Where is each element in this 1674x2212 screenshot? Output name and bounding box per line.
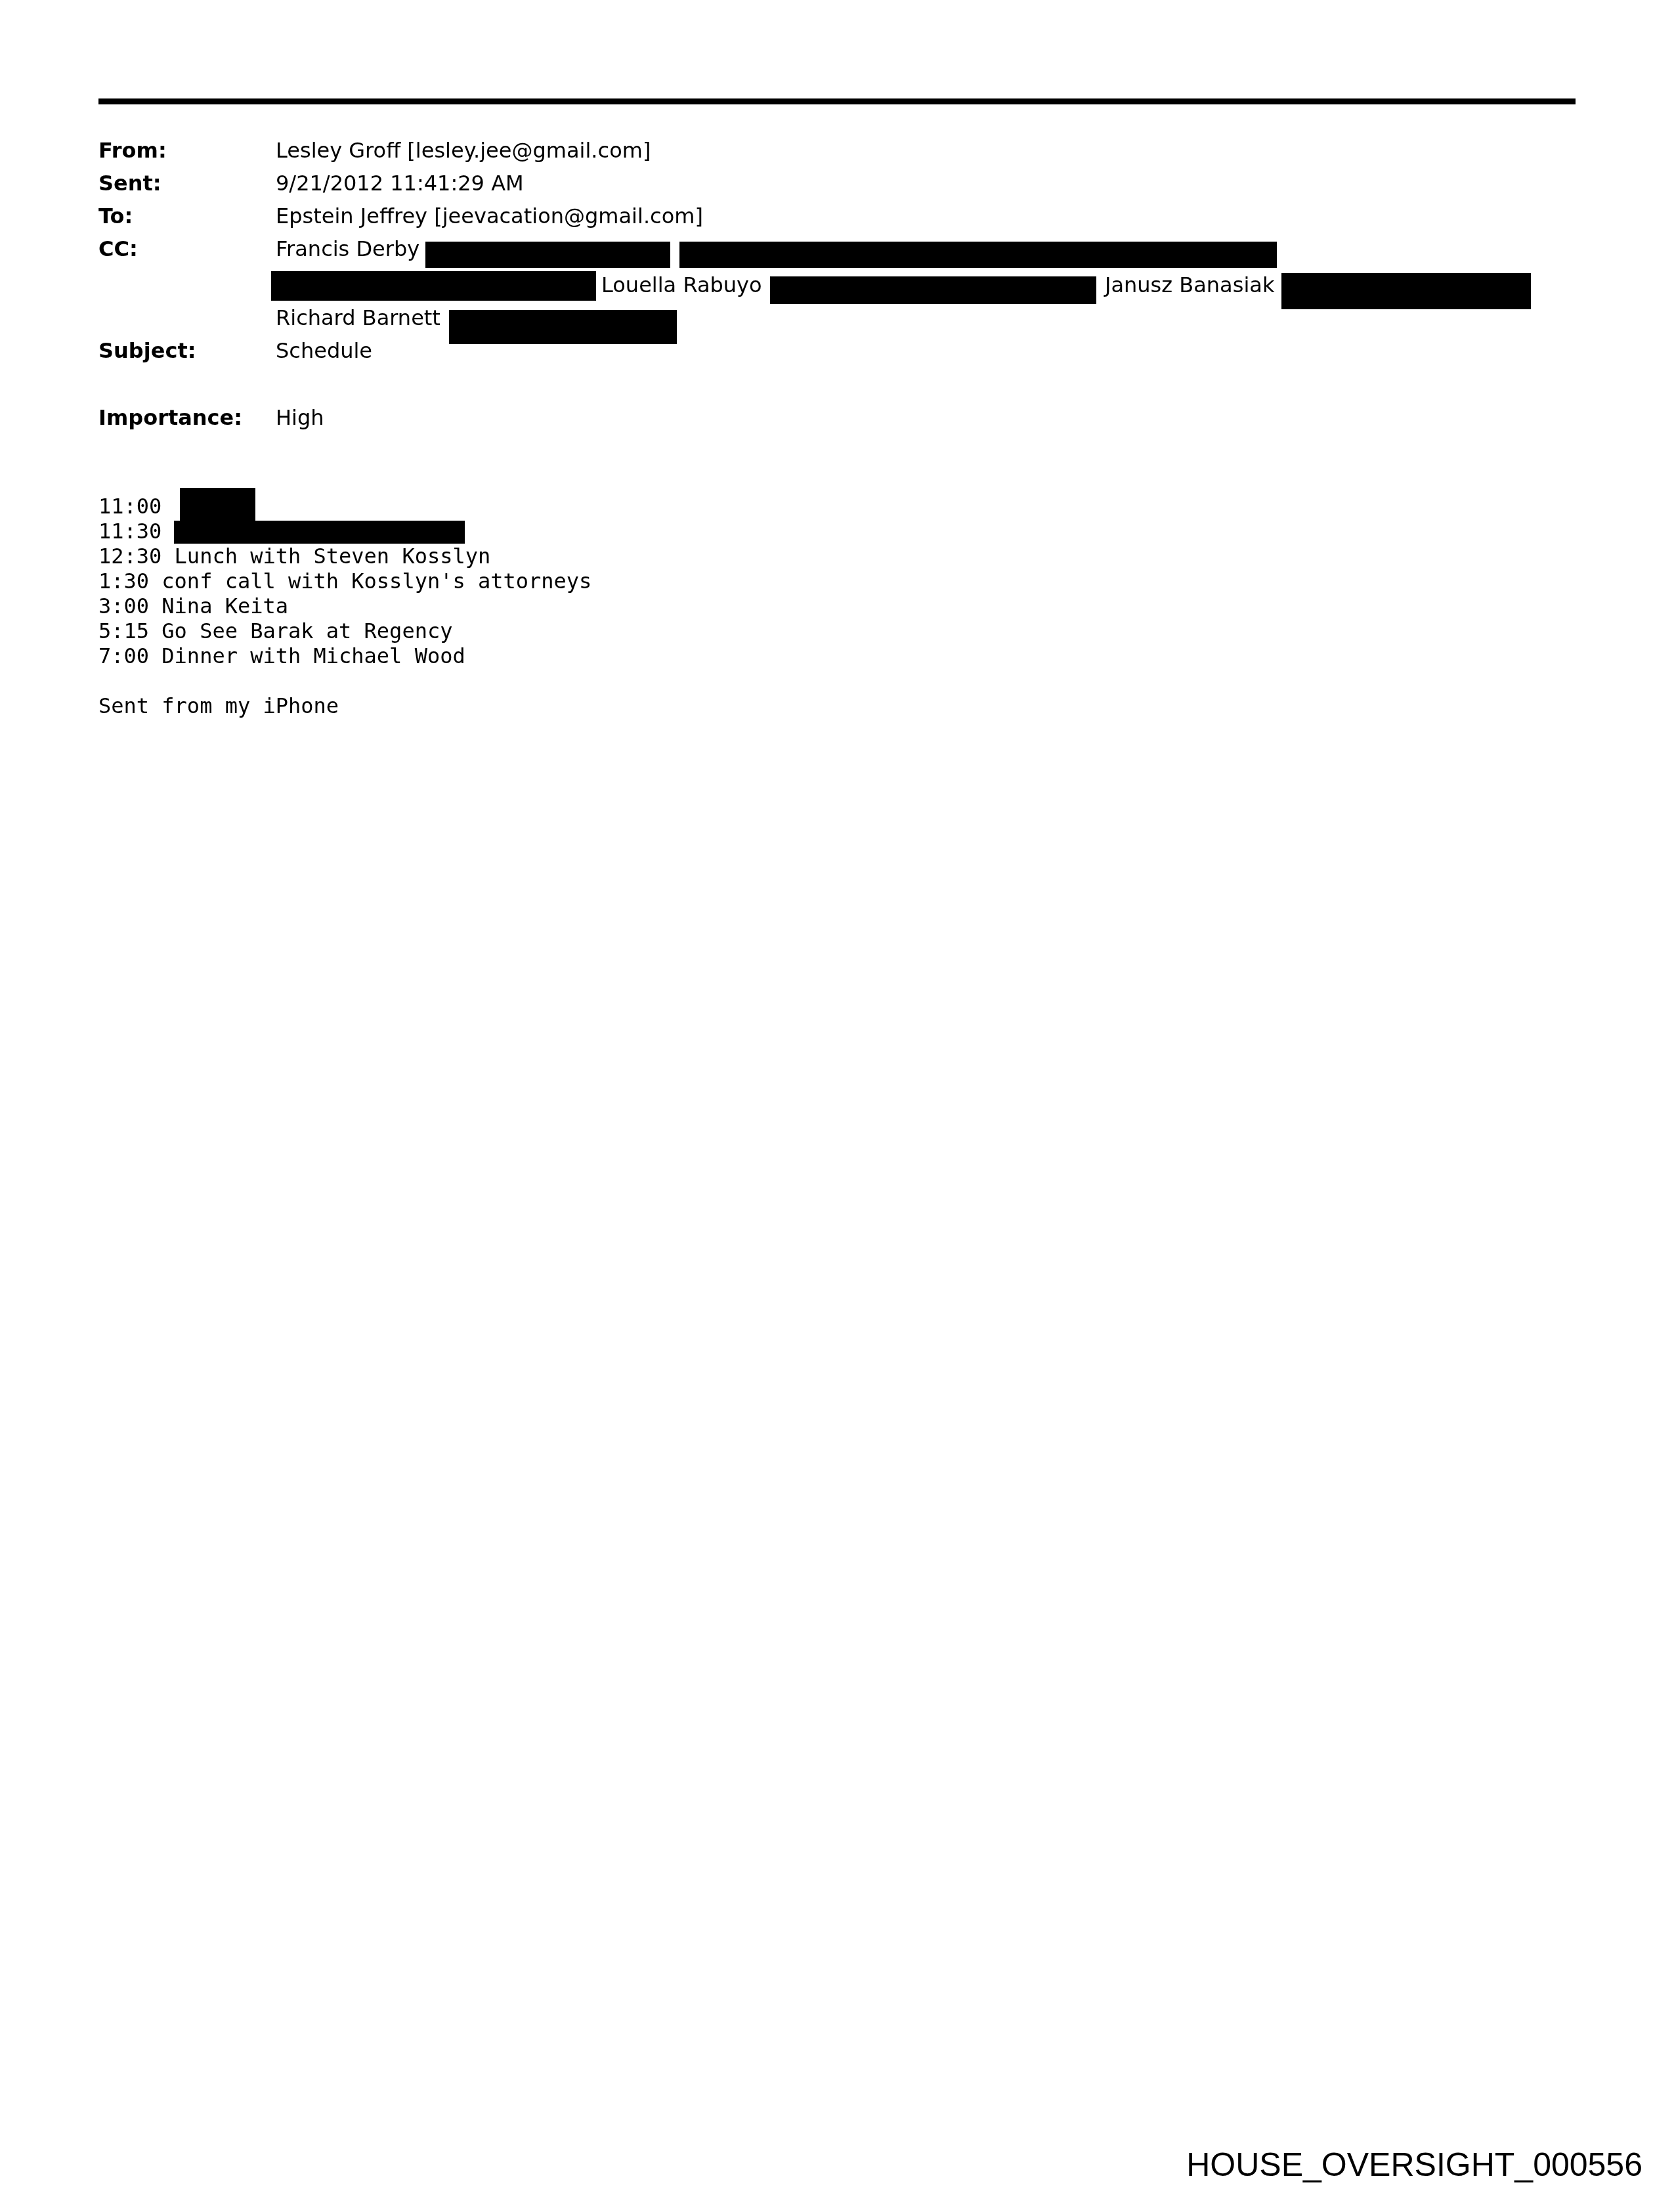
redaction-block xyxy=(180,488,255,522)
schedule-line: 1:30 conf call with Kosslyn's attorneys xyxy=(98,569,591,594)
schedule-line: 3:00 Nina Keita xyxy=(98,594,288,618)
redaction-block xyxy=(271,271,596,301)
importance-value: High xyxy=(276,405,324,430)
subject-value: Schedule xyxy=(276,338,372,363)
redaction-block xyxy=(174,521,465,544)
redaction-block xyxy=(770,276,1096,304)
from-label: From: xyxy=(98,138,167,163)
schedule-line: 7:00 Dinner with Michael Wood xyxy=(98,643,465,668)
cc-label: CC: xyxy=(98,236,138,261)
cc-name: Louella Rabuyo xyxy=(601,272,762,297)
schedule-line: 5:15 Go See Barak at Regency xyxy=(98,618,452,643)
subject-label: Subject: xyxy=(98,338,196,363)
signature: Sent from my iPhone xyxy=(98,693,339,718)
schedule-line: 11:30 xyxy=(98,519,175,544)
schedule-line: 11:00 xyxy=(98,494,175,519)
from-value: Lesley Groff [lesley.jee@gmail.com] xyxy=(276,138,651,163)
importance-label: Importance: xyxy=(98,405,242,430)
to-value: Epstein Jeffrey [jeevacation@gmail.com] xyxy=(276,204,703,228)
redaction-block xyxy=(679,242,1277,268)
cc-name: Francis Derby xyxy=(276,236,419,261)
header-rule xyxy=(98,98,1576,104)
sent-value: 9/21/2012 11:41:29 AM xyxy=(276,171,524,196)
schedule-line: 12:30 Lunch with Steven Kosslyn xyxy=(98,544,490,569)
redaction-block xyxy=(449,310,677,344)
redaction-block xyxy=(1281,273,1531,309)
redaction-block xyxy=(425,242,670,268)
cc-name: Janusz Banasiak xyxy=(1105,272,1274,297)
sent-label: Sent: xyxy=(98,171,161,196)
to-label: To: xyxy=(98,204,133,228)
bates-number: HOUSE_OVERSIGHT_000556 xyxy=(1186,2146,1642,2184)
cc-name: Richard Barnett xyxy=(276,305,440,330)
